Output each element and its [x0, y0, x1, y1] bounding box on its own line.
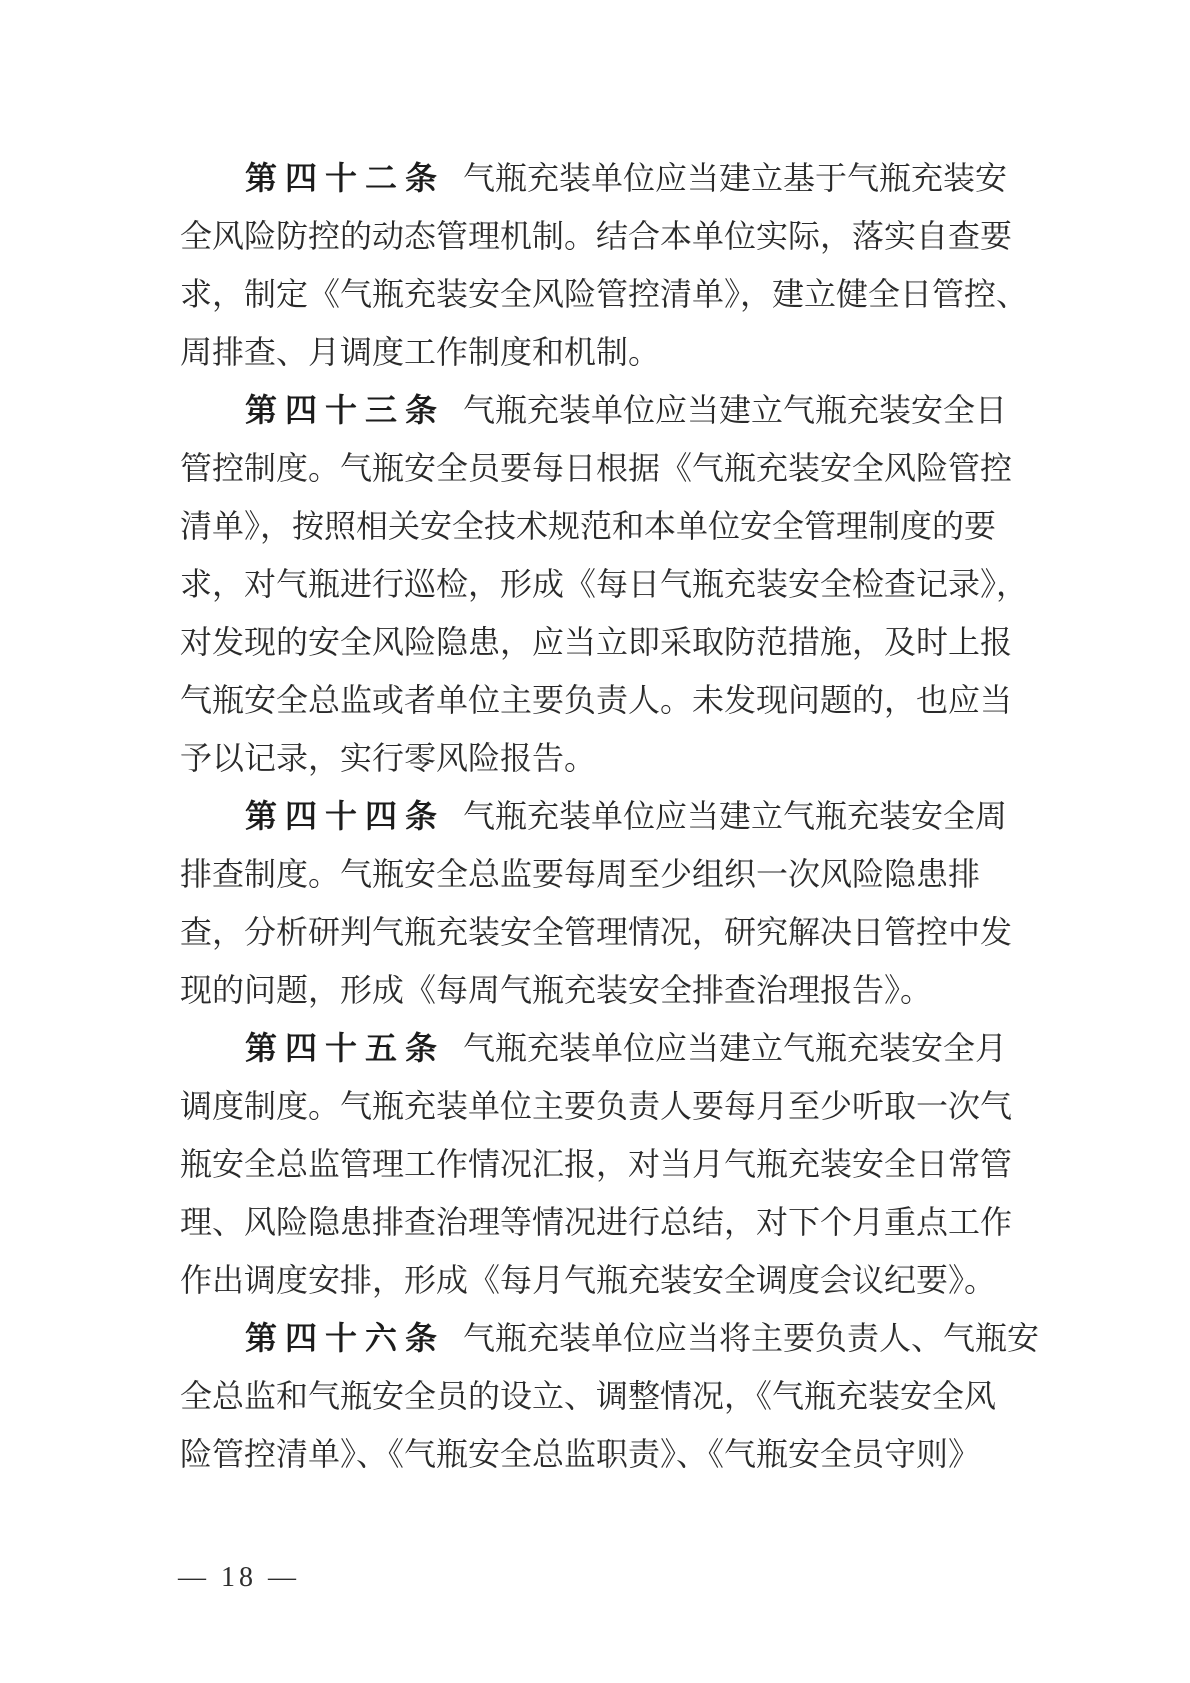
text-line: 管控制度。气瓶安全员要每日根据《气瓶充装安全风险管控: [180, 439, 1012, 497]
line-text: 对发现的安全风险隐患，应当立即采取防范措施，及时上报: [180, 624, 1012, 660]
text-line: 第四十六条气瓶充装单位应当将主要负责人、气瓶安: [180, 1309, 1012, 1367]
line-text: 险管控清单》、《气瓶安全总监职责》、《气瓶安全员守则》: [180, 1436, 980, 1472]
text-line: 求，对气瓶进行巡检，形成《每日气瓶充装安全检查记录》，: [180, 555, 1012, 613]
line-text: 排查制度。气瓶安全总监要每周至少组织一次风险隐患排: [180, 856, 980, 892]
document-body: 第四十二条气瓶充装单位应当建立基于气瓶充装安全风险防控的动态管理机制。结合本单位…: [180, 149, 1012, 1483]
line-text: 周排查、月调度工作制度和机制。: [180, 334, 660, 370]
article-number: 第四十三条: [245, 392, 445, 428]
text-line: 气瓶安全总监或者单位主要负责人。未发现问题的，也应当: [180, 671, 1012, 729]
page-number: — 18 —: [178, 1558, 300, 1598]
text-line: 周排查、月调度工作制度和机制。: [180, 323, 1012, 381]
line-text: 求，制定《气瓶充装安全风险管控清单》，建立健全日管控、: [180, 276, 1028, 312]
text-line: 求，制定《气瓶充装安全风险管控清单》，建立健全日管控、: [180, 265, 1012, 323]
text-line: 瓶安全总监管理工作情况汇报，对当月气瓶充装安全日常管: [180, 1135, 1012, 1193]
line-text: 气瓶充装单位应当建立基于气瓶充装安: [463, 160, 1007, 196]
line-text: 求，对气瓶进行巡检，形成《每日气瓶充装安全检查记录》，: [180, 566, 1028, 602]
line-text: 查，分析研判气瓶充装安全管理情况，研究解决日管控中发: [180, 914, 1012, 950]
text-line: 险管控清单》、《气瓶安全总监职责》、《气瓶安全员守则》: [180, 1425, 1012, 1483]
line-text: 现的问题，形成《每周气瓶充装安全排查治理报告》。: [180, 972, 932, 1008]
text-line: 排查制度。气瓶安全总监要每周至少组织一次风险隐患排: [180, 845, 1012, 903]
text-line: 调度制度。气瓶充装单位主要负责人要每月至少听取一次气: [180, 1077, 1012, 1135]
line-text: 气瓶充装单位应当建立气瓶充装安全日: [463, 392, 1007, 428]
article-number: 第四十六条: [245, 1320, 445, 1356]
text-line: 作出调度安排，形成《每月气瓶充装安全调度会议纪要》。: [180, 1251, 1012, 1309]
text-line: 全风险防控的动态管理机制。结合本单位实际，落实自查要: [180, 207, 1012, 265]
text-line: 予以记录，实行零风险报告。: [180, 729, 1012, 787]
line-text: 理、风险隐患排查治理等情况进行总结，对下个月重点工作: [180, 1204, 1012, 1240]
text-line: 理、风险隐患排查治理等情况进行总结，对下个月重点工作: [180, 1193, 1012, 1251]
text-line: 第四十四条气瓶充装单位应当建立气瓶充装安全周: [180, 787, 1012, 845]
text-line: 查，分析研判气瓶充装安全管理情况，研究解决日管控中发: [180, 903, 1012, 961]
line-text: 气瓶充装单位应当建立气瓶充装安全月: [463, 1030, 1007, 1066]
article-number: 第四十二条: [245, 160, 445, 196]
line-text: 予以记录，实行零风险报告。: [180, 740, 596, 776]
text-line: 现的问题，形成《每周气瓶充装安全排查治理报告》。: [180, 961, 1012, 1019]
line-text: 管控制度。气瓶安全员要每日根据《气瓶充装安全风险管控: [180, 450, 1012, 486]
line-text: 气瓶充装单位应当将主要负责人、气瓶安: [463, 1320, 1039, 1356]
article-number: 第四十四条: [245, 798, 445, 834]
line-text: 清单》，按照相关安全技术规范和本单位安全管理制度的要: [180, 508, 996, 544]
line-text: 全总监和气瓶安全员的设立、调整情况，《气瓶充装安全风: [180, 1378, 996, 1414]
text-line: 清单》，按照相关安全技术规范和本单位安全管理制度的要: [180, 497, 1012, 555]
line-text: 全风险防控的动态管理机制。结合本单位实际，落实自查要: [180, 218, 1012, 254]
text-line: 第四十二条气瓶充装单位应当建立基于气瓶充装安: [180, 149, 1012, 207]
text-line: 第四十三条气瓶充装单位应当建立气瓶充装安全日: [180, 381, 1012, 439]
line-text: 作出调度安排，形成《每月气瓶充装安全调度会议纪要》。: [180, 1262, 996, 1298]
line-text: 气瓶充装单位应当建立气瓶充装安全周: [463, 798, 1007, 834]
text-line: 第四十五条气瓶充装单位应当建立气瓶充装安全月: [180, 1019, 1012, 1077]
document-page: 第四十二条气瓶充装单位应当建立基于气瓶充装安全风险防控的动态管理机制。结合本单位…: [0, 0, 1190, 1683]
text-line: 全总监和气瓶安全员的设立、调整情况，《气瓶充装安全风: [180, 1367, 1012, 1425]
line-text: 气瓶安全总监或者单位主要负责人。未发现问题的，也应当: [180, 682, 1012, 718]
article-number: 第四十五条: [245, 1030, 445, 1066]
line-text: 调度制度。气瓶充装单位主要负责人要每月至少听取一次气: [180, 1088, 1012, 1124]
line-text: 瓶安全总监管理工作情况汇报，对当月气瓶充装安全日常管: [180, 1146, 1012, 1182]
text-line: 对发现的安全风险隐患，应当立即采取防范措施，及时上报: [180, 613, 1012, 671]
